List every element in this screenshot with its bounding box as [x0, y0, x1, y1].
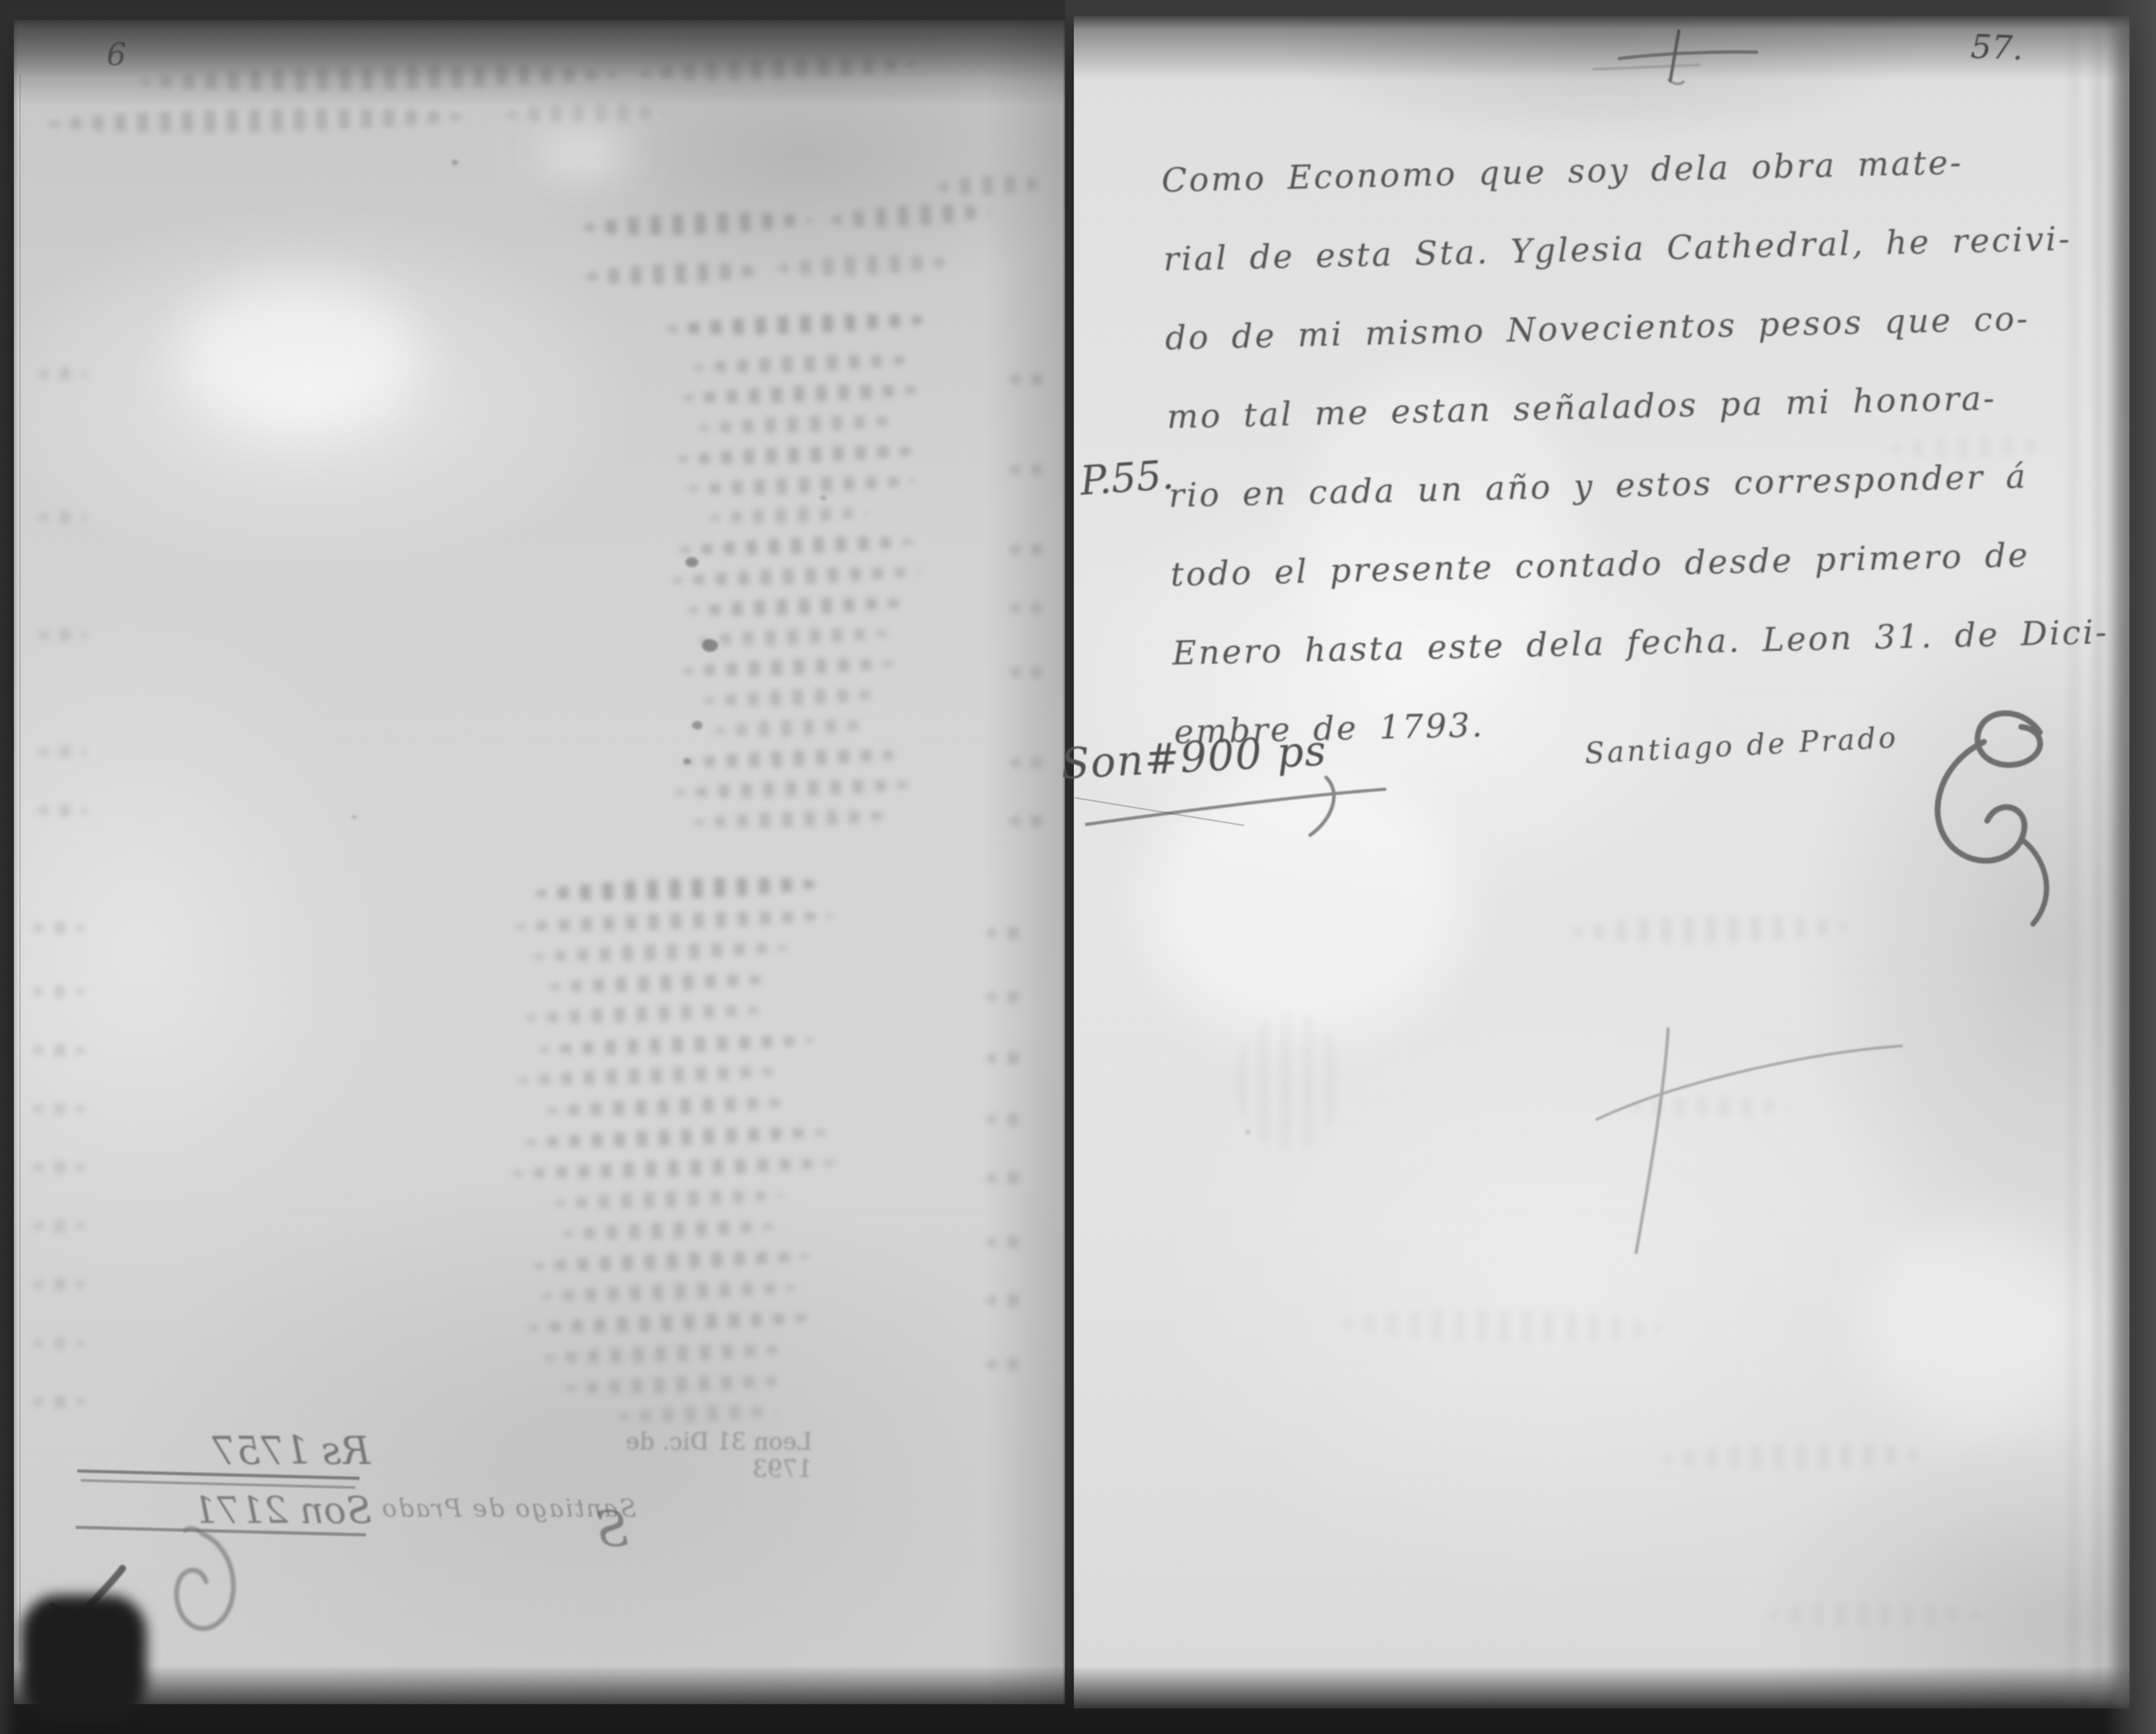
bleedthrough-line [541, 1280, 797, 1305]
dust-speck [1245, 1130, 1251, 1134]
bleedthrough-line [698, 626, 890, 649]
bleedthrough-line [1009, 815, 1047, 828]
bleedthrough-line [985, 1358, 1028, 1371]
bleedthrough-line [585, 260, 762, 287]
bleedthrough-line [37, 367, 88, 380]
bleedthrough-line [1009, 666, 1047, 678]
bleedthrough-line [674, 776, 914, 801]
bleedthrough-line [32, 1161, 85, 1174]
bleedthrough-line [937, 174, 1044, 197]
glare-spot [176, 277, 421, 437]
bleedthrough-line [679, 534, 914, 558]
dust-speck [685, 557, 698, 567]
mirrored-signature-initial: S [595, 1501, 629, 1558]
bleedthrough-line [37, 511, 88, 524]
bleedthrough-line [32, 985, 85, 998]
bleedthrough-line [618, 1403, 778, 1425]
photo-edge-bottom [0, 1666, 2156, 1734]
fold-streak [2071, 21, 2076, 1704]
bleedthrough-line [517, 1063, 783, 1088]
x-mark-right [1587, 1023, 1917, 1267]
bleedthrough-line [1009, 756, 1047, 769]
fold-streak [2094, 21, 2103, 1704]
glare-spot [538, 140, 628, 166]
bleedthrough-line [565, 1373, 789, 1397]
bleedthrough-line [703, 686, 879, 708]
mirrored-rubric-flourish [168, 1523, 253, 1640]
dust-speck [692, 721, 703, 730]
bleedthrough-line [562, 1218, 775, 1242]
bleedthrough-line [985, 991, 1028, 1003]
bleedthrough-line [985, 1052, 1028, 1065]
mirrored-signature: Santiago de Prado [296, 1494, 636, 1523]
bleedthrough-line [1768, 1603, 1981, 1626]
bleedthrough-line [32, 1395, 85, 1408]
bleedthrough-line [543, 1342, 789, 1366]
bleedthrough-line [708, 505, 869, 526]
bleedthrough-line [985, 1236, 1028, 1248]
bleedthrough-line [1009, 602, 1047, 615]
bleedthrough-line [985, 927, 1028, 939]
corner-damage-blob [21, 1595, 146, 1720]
bleedthrough-line [985, 1172, 1028, 1184]
bleedthrough-line [666, 310, 933, 338]
bleedthrough-line [1662, 1441, 1929, 1473]
bleedthrough-line [682, 656, 895, 679]
bleedthrough-line [32, 921, 85, 934]
bleedthrough-line [671, 564, 922, 588]
photo-edge-right [2104, 0, 2156, 1734]
bleedthrough-line [546, 1094, 791, 1119]
bleedthrough-line [714, 717, 869, 739]
bleedthrough-line [692, 352, 917, 376]
bleedthrough-line [527, 1310, 815, 1336]
crease-line [1074, 794, 1249, 831]
bleedthrough-line [830, 201, 991, 231]
microfilm-scan: 6 Rs 1757 Son 2171 Leon 31 Dic. de 1793 … [0, 0, 2156, 1734]
bleedthrough-line [549, 971, 773, 995]
bleedthrough-line [525, 1002, 765, 1026]
bleedthrough-line [32, 1278, 85, 1291]
photo-edge-left [0, 0, 18, 1734]
fold-streak [2117, 21, 2128, 1704]
bleedthrough-line [1571, 913, 1849, 945]
bleedthrough-line [32, 1337, 85, 1349]
bleedthrough-line [1342, 1307, 1662, 1345]
bleedthrough-line [985, 1294, 1028, 1307]
photo-edge-top-left [0, 0, 1065, 107]
bleedthrough-line [37, 628, 88, 641]
bleedthrough-line [538, 1032, 815, 1058]
bleedthrough-line [525, 1124, 829, 1151]
bleedthrough-line [32, 1102, 85, 1115]
bleedthrough-line [533, 1248, 810, 1274]
mirrored-date-line: Leon 31 Dic. de 1793 [599, 1428, 812, 1483]
bleedthrough-line [698, 413, 901, 436]
mirrored-total-1757: Rs 1757 [72, 1428, 370, 1473]
bleedthrough-line [687, 595, 911, 619]
dust-speck [452, 160, 458, 165]
bleedthrough-line [676, 443, 922, 467]
bleedthrough-line [692, 807, 895, 830]
dust-speck [352, 815, 357, 819]
bleedthrough-line [37, 746, 88, 758]
bleedthrough-line [48, 105, 464, 135]
bleedthrough-line [777, 252, 948, 277]
bleedthrough-line [37, 804, 88, 817]
bleedthrough-line [583, 209, 812, 239]
signature-rubric-flourish [1888, 700, 2064, 935]
receipt-body-text: Como Economo que soy dela obra mate-rial… [1161, 140, 2123, 791]
bleedthrough-line [687, 473, 917, 497]
dust-speck [702, 639, 718, 652]
bleedthrough-line [682, 382, 922, 406]
bleedthrough-line [514, 908, 834, 935]
bleedthrough-line [985, 1113, 1028, 1126]
bleedthrough-line [1009, 463, 1047, 476]
bleedthrough-line [32, 1220, 85, 1232]
bleedthrough-line [682, 747, 906, 771]
margin-entry-number: P.55. [1079, 452, 1175, 504]
bleedthrough-line [533, 940, 789, 965]
bleedthrough-line [535, 874, 823, 904]
bleedthrough-line [32, 1044, 85, 1057]
dust-speck [820, 495, 827, 501]
bleedthrough-line [1009, 373, 1047, 386]
bleedthrough-line [1009, 543, 1047, 556]
bleedthrough-line [554, 1188, 783, 1212]
bleedthrough-line [511, 1155, 837, 1182]
